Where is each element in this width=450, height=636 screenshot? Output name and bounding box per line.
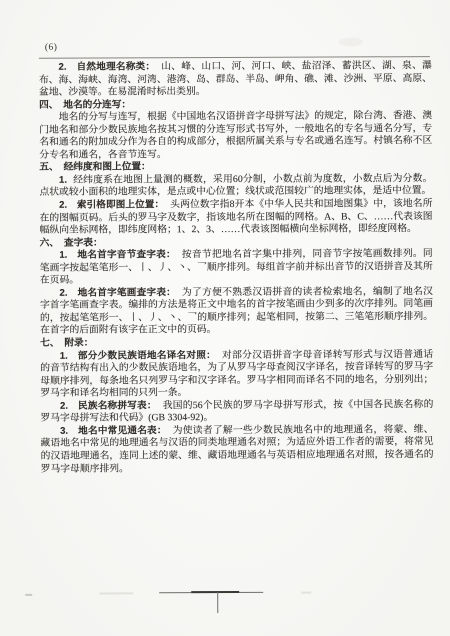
- header-rule: [39, 56, 430, 59]
- paragraph-word-division: 地名的分写与连写，根据《中国地名汉语拼音字母拼写法》的规定，除台湾、香港、澳门地…: [39, 110, 432, 162]
- page-content: (6) 2. 自然地理名称类：山、峰、山口、河、河口、峡、盐沼泽、蓄洪区、湖、泉…: [0, 0, 450, 636]
- page-number: (6): [45, 43, 58, 53]
- paragraph-ethnic-names: 2. 民族名称拼写表：我国的56个民族的罗马字母拼写形式，按《中国各民族名称的罗…: [40, 399, 433, 426]
- paragraph-lead: 2. 民族名称拼写表：: [60, 400, 157, 411]
- paragraph-minority-names: 1. 部分少数民族语地名译名对照：对部分汉语拼音字母音译转写形式与汉语普通话的音…: [40, 349, 433, 401]
- paragraph-lead: 1. 地名首字音节查字表：: [59, 249, 176, 261]
- paragraph-lead: 1. 部分少数民族语地名译名对照：: [60, 350, 216, 362]
- paragraph-syllable-index: 1. 地名首字音节查字表：按音节把地名首字集中排列，同音节字按笔画数排列。同笔画…: [40, 248, 433, 287]
- registration-mark-vertical: [217, 592, 218, 613]
- paragraph-coordinates: 1.经纬度系在地图上量测的概数，采用60分制，小数点前为度数，小数点后为分数。点…: [39, 173, 432, 200]
- scan-smudge-top-right: [339, 37, 363, 46]
- paragraph-text: 地名的分写与连写，根据《中国地名汉语拼音字母拼写法》的规定，除台湾、香港、澳门地…: [39, 110, 432, 160]
- paragraph-natural-feature-types: 2. 自然地理名称类：山、峰、山口、河、河口、峡、盐沼泽、蓄洪区、湖、泉、瀑布、…: [39, 60, 432, 99]
- paragraph-stroke-index: 2. 地名首字笔画查字表：为了方便不熟悉汉语拼音的读者检索地名，编制了地名汉字首…: [40, 286, 433, 338]
- document-body: 2. 自然地理名称类：山、峰、山口、河、河口、峡、盐沼泽、蓄洪区、湖、泉、瀑布、…: [39, 60, 434, 476]
- paragraph-lead: 1.: [59, 175, 67, 186]
- paragraph-generic-terms: 3. 地名中常见通名表：为使读者了解一些少数民族地名中的地理通名，将蒙、维、藏语…: [40, 424, 433, 476]
- scan-smudge-left: [99, 592, 133, 594]
- registration-mark-horizontal-dark: [191, 591, 239, 593]
- paragraph-index-grid: 2. 索引格即图上位置：头两位数字指8开本《中华人民共和国地图集》中，该地名所在…: [39, 198, 432, 237]
- scan-speck-left: [25, 594, 32, 596]
- paragraph-lead: 2. 索引格即图上位置：: [59, 199, 164, 210]
- paragraph-text: 经纬度系在地图上量测的概数，采用60分制，小数点前为度数，小数点后为分数。点状或…: [39, 173, 432, 198]
- paragraph-lead: 2. 地名首字笔画查字表：: [59, 287, 176, 299]
- scanned-page: (6) 2. 自然地理名称类：山、峰、山口、河、河口、峡、盐沼泽、蓄洪区、湖、泉…: [0, 0, 450, 636]
- scan-speck-right: [301, 592, 311, 594]
- paragraph-lead: 2. 自然地理名称类：: [58, 61, 155, 72]
- paragraph-lead: 3. 地名中常见通名表：: [60, 425, 167, 436]
